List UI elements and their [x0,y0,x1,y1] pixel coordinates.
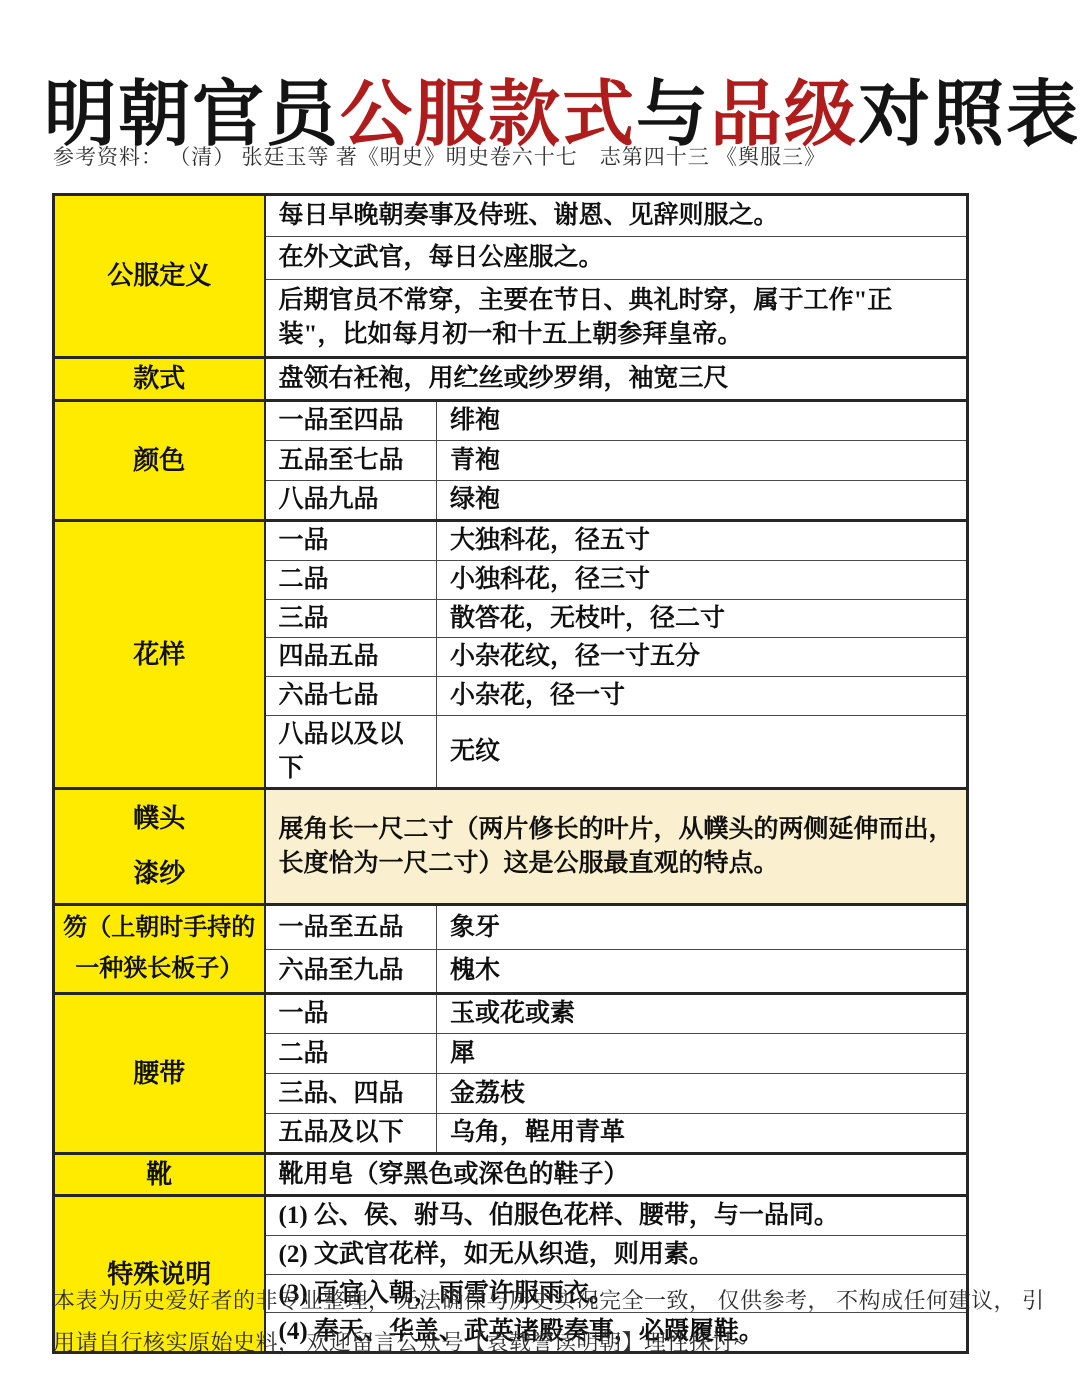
rank-cell: 一品至四品 [265,401,437,441]
content-cell: 在外文武官，每日公座服之。 [265,237,968,280]
section-label-line: 一种狭长板子） [59,949,260,990]
section-label-definition: 公服定义 [54,195,265,358]
content-cell: 靴用皂（穿黑色或深色的鞋子） [265,1154,968,1196]
table-row: 花样 一品 大独科花，径五寸 [54,521,968,561]
rank-cell: 一品 [265,994,437,1034]
uniform-rank-table: 公服定义 每日早晚朝奏事及侍班、谢恩、见辞则服之。 在外文武官，每日公座服之。 … [52,193,969,1354]
value-cell: 小独科花，径三寸 [437,560,968,599]
section-label-belt: 腰带 [54,994,265,1154]
content-cell: 盘领右衽袍，用纻丝或纱罗绢，袖宽三尺 [265,358,968,401]
section-label-line: 幞头 [59,792,260,847]
rank-cell: 六品至九品 [265,949,437,993]
content-cell-highlight: 展角长一尺二寸（两片修长的叶片，从幞头的两侧延伸而出，长度恰为一尺二寸）这是公服… [265,789,968,905]
value-cell: 青袍 [437,441,968,481]
table-row: 幞头 漆纱 展角长一尺二寸（两片修长的叶片，从幞头的两侧延伸而出，长度恰为一尺二… [54,789,968,905]
section-label-color: 颜色 [54,401,265,521]
table-row: 颜色 一品至四品 绯袍 [54,401,968,441]
title-segment: 对照表 [858,75,1080,155]
value-cell: 绿袍 [437,481,968,521]
value-cell: 绯袍 [437,401,968,441]
table-row: 腰带 一品 玉或花或素 [54,994,968,1034]
rank-cell: 八品九品 [265,481,437,521]
rank-cell: 五品至七品 [265,441,437,481]
rank-cell: 二品 [265,1034,437,1074]
rank-cell: 四品五品 [265,638,437,677]
rank-cell: 五品及以下 [265,1114,437,1154]
value-cell: 无纹 [437,715,968,789]
value-cell: 槐木 [437,949,968,993]
section-label-line: 笏（上朝时手持的 [59,908,260,949]
value-cell: 小杂花纹，径一寸五分 [437,638,968,677]
rank-cell: 三品、四品 [265,1074,437,1114]
content-cell: 后期官员不常穿，主要在节日、典礼时穿，属于工作"正装"，比如每月初一和十五上朝参… [265,280,968,358]
table-row: 特殊说明 (1) 公、侯、驸马、伯服色花样、腰带，与一品同。 [54,1196,968,1236]
table-row: 公服定义 每日早晚朝奏事及侍班、谢恩、见辞则服之。 [54,195,968,237]
page: 明朝官员公服款式与品级对照表 参考资料： （清） 张廷玉等 著《明史》明史卷六十… [0,0,1080,1374]
rank-cell: 一品 [265,521,437,561]
rank-cell: 一品至五品 [265,905,437,949]
table-row: 款式 盘领右衽袍，用纻丝或纱罗绢，袖宽三尺 [54,358,968,401]
value-cell: 犀 [437,1034,968,1074]
value-cell: 大独科花，径五寸 [437,521,968,561]
section-label-line: 漆纱 [59,847,260,902]
rank-cell: 六品七品 [265,677,437,716]
section-label-futou-hat: 幞头 漆纱 [54,789,265,905]
section-label-style: 款式 [54,358,265,401]
content-cell: (2) 文武官花样，如无从织造，则用素。 [265,1235,968,1274]
value-cell: 散答花，无枝叶，径二寸 [437,599,968,638]
rank-cell: 二品 [265,560,437,599]
value-cell: 玉或花或素 [437,994,968,1034]
disclaimer: 本表为历史爱好者的非专业整理， 无法确保与历史实况完全一致， 仅供参考， 不构成… [53,1280,1045,1364]
value-cell: 象牙 [437,905,968,949]
table-row: 靴 靴用皂（穿黑色或深色的鞋子） [54,1154,968,1196]
content-cell: (1) 公、侯、驸马、伯服色花样、腰带，与一品同。 [265,1196,968,1236]
rank-cell: 八品以及以下 [265,715,437,789]
section-label-pattern: 花样 [54,521,265,789]
value-cell: 乌角，鞓用青革 [437,1114,968,1154]
content-cell: 每日早晚朝奏事及侍班、谢恩、见辞则服之。 [265,195,968,237]
section-label-boots: 靴 [54,1154,265,1196]
value-cell: 金荔枝 [437,1074,968,1114]
value-cell: 小杂花，径一寸 [437,677,968,716]
section-label-hu-tablet: 笏（上朝时手持的 一种狭长板子） [54,905,265,994]
reference-note: 参考资料： （清） 张廷玉等 著《明史》明史卷六十七 志第四十三 《舆服三》 [53,141,826,171]
table-row: 笏（上朝时手持的 一种狭长板子） 一品至五品 象牙 [54,905,968,949]
rank-cell: 三品 [265,599,437,638]
